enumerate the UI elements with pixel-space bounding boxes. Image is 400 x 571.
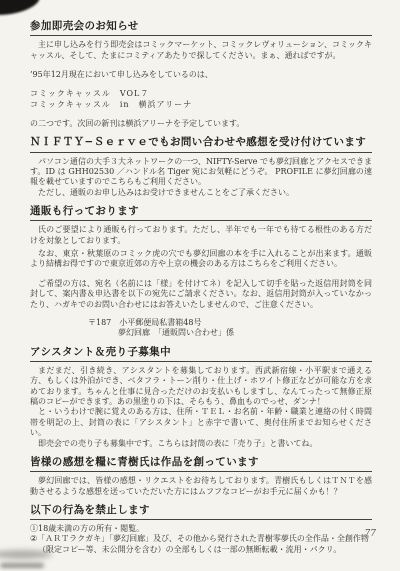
prohibited-item-1: ①18歳未満の方の所有・閲覧。 (30, 524, 372, 534)
heading-mail-order: 通販も行っております (30, 205, 372, 221)
heading-prohibited-acts: 以下の行為を禁止します (30, 504, 372, 520)
event-line-comic-castle-vol7: コミックキャッスル VOL７ (30, 89, 372, 99)
section-sales-events-notice: 参加即売会のお知らせ 主に申し込みを行う即売会はコミックマーケット、コミックレヴ… (30, 20, 372, 129)
paragraph: ただし、通販のお申し込みはお受けできませんことをご了承ください。 (30, 188, 372, 198)
section-mail-order: 通販も行っております 氏のご要望により通販も行っております。ただし、半年でも一年… (30, 205, 372, 339)
paragraph: パソコン通信の大手３大ネットワークの一つ、NIFTY-Serve でも夢幻回廊と… (30, 157, 372, 188)
paragraph: 即売会での売り子も募集中です。こちらは封筒の表に「売り子」と書いてね。 (30, 439, 372, 449)
scan-artifact-bottom-edge (0, 563, 44, 568)
heading-assistant-recruiting: アシスタント＆売り子募集中 (30, 346, 372, 362)
address-line-postal: 〒187 小平郵便局私書箱48号 (88, 318, 372, 328)
event-line-comic-castle-yokohama: コミックキャッスル in 横浜アリーナ (30, 100, 372, 110)
paragraph: ’95年12月現在において申し込みをしているのは、 (30, 70, 372, 80)
section-feedback: 皆様の感想を糧に青樹氏は作品を創っています 夢幻回廊では、皆様の感想・リクエスト… (30, 456, 372, 497)
heading-sales-events-notice: 参加即売会のお知らせ (30, 20, 372, 36)
paragraph: 主に申し込みを行う即売会はコミックマーケット、コミックレヴォリューション、コミッ… (30, 40, 372, 61)
paragraph: と・いうわけで腕に覚えのある方は、住所・ＴＥＬ・お名前・年齢・職業と連絡の付く時… (30, 407, 372, 438)
section-prohibited-acts: 以下の行為を禁止します ①18歳未満の方の所有・閲覧。 ②「ＡＲＴラクガキ」「夢… (30, 504, 372, 555)
paragraph: なお、東京・秋葉原のコミック虎の穴でも夢幻回廊の本を手に入れることが出来ます。通… (30, 249, 372, 270)
page-number: 77 (365, 529, 376, 539)
section-nifty-serve: ＮＩＦＴＹ−Ｓｅｒｖｅでもお問い合わせや感想を受け付けています パソコン通信の大… (30, 136, 372, 198)
paragraph: 氏のご要望により通販も行っております。ただし、半年でも一年でも待てる根性のある方… (30, 225, 372, 246)
prohibited-item-2: ②「ＡＲＴラクガキ」「夢幻回廊」及び、その他から発行された青樹零夢氏の全作品・全… (30, 534, 372, 555)
scan-artifact-top-left (0, 0, 42, 19)
mail-order-address: 〒187 小平郵便局私書箱48号 夢幻回廊 「通販問い合わせ」係 (88, 318, 372, 339)
heading-nifty-serve: ＮＩＦＴＹ−Ｓｅｒｖｅでもお問い合わせや感想を受け付けています (30, 136, 372, 152)
address-line-recipient: 夢幻回廊 「通販問い合わせ」係 (118, 328, 372, 338)
document-page: 参加即売会のお知らせ 主に申し込みを行う即売会はコミックマーケット、コミックレヴ… (0, 0, 400, 571)
paragraph: 夢幻回廊では、皆様の感想・リクエストをお待ちしております。青樹氏もしくはＴＮＴを… (30, 476, 372, 497)
paragraph: ご希望の方は、宛名（名前には「様」を付けてネ）を記入して切手を貼った返信用封筒を… (30, 279, 372, 310)
page-content: 参加即売会のお知らせ 主に申し込みを行う即売会はコミックマーケット、コミックレヴ… (30, 20, 372, 562)
paragraph: の二つです。次回の新刊は横浜アリーナを予定しています。 (30, 119, 372, 129)
paragraph: まだまだ、引き続き、アシスタントを募集しております。西武新宿線・小平駅まで通える… (30, 366, 372, 408)
heading-feedback: 皆様の感想を糧に青樹氏は作品を創っています (30, 456, 372, 472)
section-assistant-recruiting: アシスタント＆売り子募集中 まだまだ、引き続き、アシスタントを募集しております。… (30, 346, 372, 449)
